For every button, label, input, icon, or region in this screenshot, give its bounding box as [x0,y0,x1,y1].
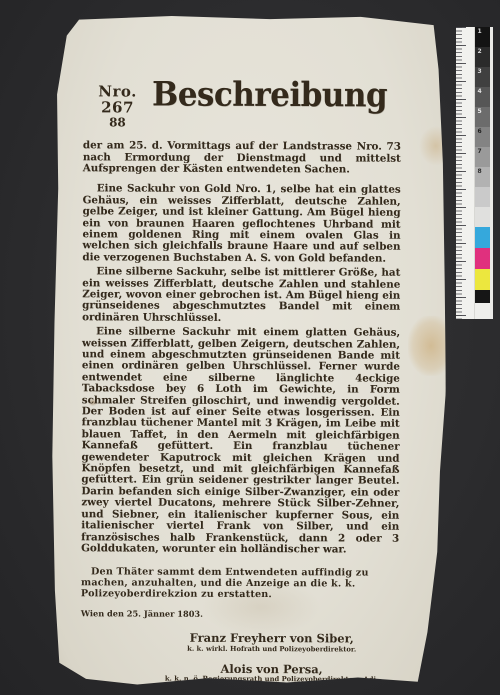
document-content: Nro. 267 88 Beschreibung der am 25. d. V… [51,14,448,685]
notice-paragraph: Den Thäter sammt dem Entwendeten auffind… [81,567,399,601]
body-paragraph: Eine Sackuhr von Gold Nro. 1, selbe hat … [82,184,400,265]
body-paragraph: Eine silberne Sackuhr mit einem glatten … [81,326,400,556]
body-paragraph: Eine silberne Sackuhr, selbe ist mittler… [82,266,400,324]
document-number: Nro. 267 88 [83,84,152,128]
wedge-step-label: 6 [478,129,482,135]
dateline: Wien den 25. Jänner 1803. [81,609,399,620]
page-title: Beschreibung [152,75,387,115]
document-subtitle: der am 25. d. Vormittags auf der Landstr… [83,140,401,176]
wedge-step-label: 3 [478,69,482,75]
ruler [456,27,475,319]
calibration-strip: 1 2 3 4 5 6 7 8 [456,27,493,319]
signature-title: k. k. n. ö. Regierungsrath und Polizeyob… [151,675,393,685]
white-reference-line [490,27,493,319]
document-number-line1: Nro. 267 [83,84,152,116]
photo-background: Nro. 267 88 Beschreibung der am 25. d. V… [0,0,500,695]
document-header: Nro. 267 88 Beschreibung [83,76,401,129]
signature-block: Franz Freyherr von Siber, k. k. wirkl. H… [81,632,399,655]
document-number-line2: 88 [83,116,152,129]
wedge-step-label: 1 [478,29,482,35]
wedge-step-label: 8 [478,169,482,175]
wedge-step-label: 4 [478,89,482,95]
document-paper: Nro. 267 88 Beschreibung der am 25. d. V… [51,14,448,686]
wedge-step-label: 5 [478,109,482,115]
wedge-step-label: 2 [478,49,482,55]
wedge-step-label: 7 [478,149,482,155]
signature-name: Franz Freyherr von Siber, [151,632,393,646]
signature-name: Alois von Persa, [151,662,393,676]
signature-title: k. k. wirkl. Hofrath und Polizeyoberdire… [151,645,393,655]
signature-block: Alois von Persa, k. k. n. ö. Regierungsr… [81,662,399,685]
